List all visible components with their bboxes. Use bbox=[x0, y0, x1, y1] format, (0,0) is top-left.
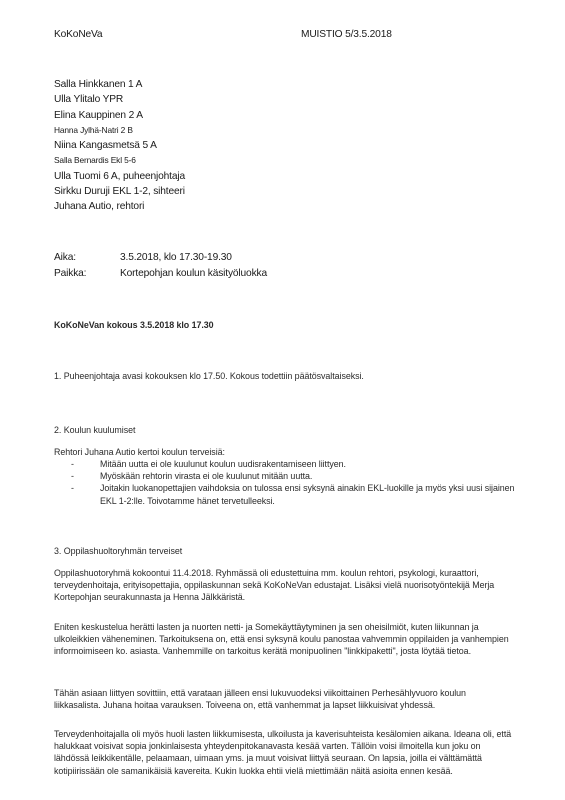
time-label: Aika: bbox=[54, 252, 120, 263]
agenda-item-1: 1. Puheenjohtaja avasi kokouksen klo 17.… bbox=[54, 370, 514, 382]
attendee: Salla Hinkkanen 1 A bbox=[54, 77, 185, 92]
attendee: Ulla Tuomi 6 A, puheenjohtaja bbox=[54, 169, 185, 184]
agenda-item-3-paragraph: Oppilashuotoryhmä kokoontui 11.4.2018. R… bbox=[54, 567, 514, 604]
agenda-item-2-intro: Rehtori Juhana Autio kertoi koulun terve… bbox=[54, 446, 514, 458]
place-value: Kortepohjan koulun käsityöluokka bbox=[120, 268, 267, 279]
attendee: Niina Kangasmetsä 5 A bbox=[54, 138, 185, 153]
attendee: Elina Kauppinen 2 A bbox=[54, 108, 185, 123]
organization-name: KoKoNeVa bbox=[54, 29, 102, 40]
meeting-time-row: Aika:3.5.2018, klo 17.30-19.30 bbox=[54, 252, 232, 263]
attendee: Hanna Jylhä-Natri 2 B bbox=[54, 123, 185, 138]
meeting-title: KoKoNeVan kokous 3.5.2018 klo 17.30 bbox=[54, 320, 214, 330]
bullet-item: -Joitakin luokanopettajien vaihdoksia on… bbox=[54, 482, 524, 506]
time-value: 3.5.2018, klo 17.30-19.30 bbox=[120, 252, 232, 263]
dash-bullet-icon: - bbox=[71, 482, 74, 494]
bullet-text: Myöskään rehtorin virasta ei ole kuulunu… bbox=[100, 471, 312, 481]
agenda-item-2-bullets: -Mitään uutta ei ole kuulunut koulun uud… bbox=[54, 458, 524, 507]
agenda-item-3-heading: 3. Oppilashuoltoryhmän terveiset bbox=[54, 545, 514, 557]
agenda-item-2-heading: 2. Koulun kuulumiset bbox=[54, 424, 514, 436]
bullet-item: -Myöskään rehtorin virasta ei ole kuulun… bbox=[54, 470, 524, 482]
agenda-item-3-paragraph: Eniten keskustelua herätti lasten ja nuo… bbox=[54, 621, 514, 658]
dash-bullet-icon: - bbox=[71, 458, 74, 470]
document-id: MUISTIO 5/3.5.2018 bbox=[301, 29, 392, 40]
place-label: Paikka: bbox=[54, 268, 120, 279]
dash-bullet-icon: - bbox=[71, 470, 74, 482]
attendee: Salla Bernardis Ekl 5-6 bbox=[54, 153, 185, 168]
attendee: Juhana Autio, rehtori bbox=[54, 199, 185, 214]
attendee: Ulla Ylitalo YPR bbox=[54, 92, 185, 107]
bullet-text: Mitään uutta ei ole kuulunut koulun uudi… bbox=[100, 459, 346, 469]
bullet-item: -Mitään uutta ei ole kuulunut koulun uud… bbox=[54, 458, 524, 470]
agenda-item-3-paragraph: Tähän asiaan liittyen sovittiin, että va… bbox=[54, 687, 514, 711]
attendee: Sirkku Duruji EKL 1-2, sihteeri bbox=[54, 184, 185, 199]
meeting-place-row: Paikka:Kortepohjan koulun käsityöluokka bbox=[54, 268, 267, 279]
document-page: KoKoNeVa MUISTIO 5/3.5.2018 Salla Hinkka… bbox=[0, 0, 565, 800]
bullet-text: Joitakin luokanopettajien vaihdoksia on … bbox=[100, 483, 514, 505]
attendee-list: Salla Hinkkanen 1 A Ulla Ylitalo YPR Eli… bbox=[54, 77, 185, 215]
agenda-item-3-paragraph: Terveydenhoitajalla oli myös huoli laste… bbox=[54, 728, 514, 777]
